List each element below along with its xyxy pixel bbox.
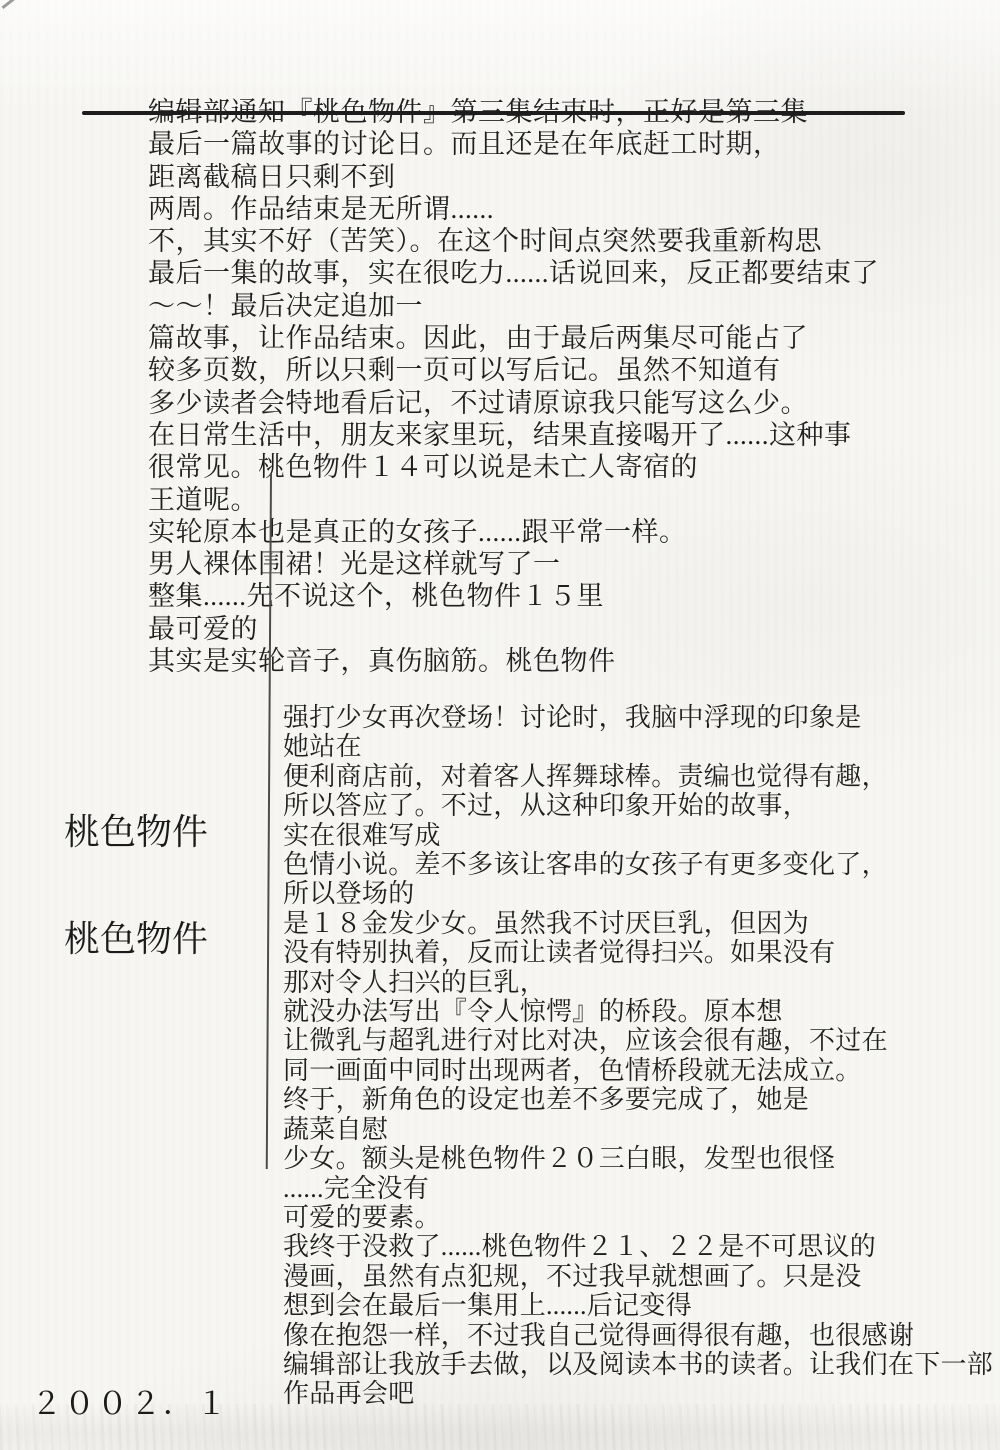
text-line: 那对令人扫兴的巨乳， (283, 968, 993, 997)
text-line: 可爱的要素。 (283, 1203, 993, 1232)
text-line: 在日常生活中，朋友来家里玩，结果直接喝开了......这种事 (148, 419, 879, 451)
text-line: 她站在 (283, 732, 993, 761)
text-line: 其实是实轮音子，真伤脑筋。桃色物件 (148, 645, 879, 677)
text-line: 实在很难写成 (283, 821, 993, 850)
afterword-text-block-2: 强打少女再次登场！讨论时，我脑中浮现的印象是 她站在 便利商店前，对着客人挥舞球… (283, 703, 993, 1409)
text-line: 较多页数，所以只剩一页可以写后记。虽然不知道有 (148, 354, 879, 386)
text-line: 同一画面中同时出现两者，色情桥段就无法成立。 (283, 1056, 993, 1085)
text-line: 蔬菜自慰 (283, 1115, 993, 1144)
text-line: 漫画，虽然有点犯规，不过我早就想画了。只是没 (283, 1262, 993, 1291)
text-line: 不，其实不好（苦笑）。在这个时间点突然要我重新构思 (148, 225, 879, 257)
text-line: 就没办法写出『令人惊愕』的桥段。原本想 (283, 997, 993, 1026)
afterword-text-block-1: 编辑部通知『桃色物件』第三集结束时，正好是第三集 最后一篇故事的讨论日。而且还是… (148, 96, 879, 677)
side-title-momoiro-bukken-1: 桃色物件 (64, 804, 208, 855)
text-line: 最后一篇故事的讨论日。而且还是在年底赶工时期， (148, 128, 879, 160)
text-line: 作品再会吧 (283, 1379, 993, 1408)
text-line: 想到会在最后一集用上......后记变得 (283, 1291, 993, 1320)
text-line: 实轮原本也是真正的女孩子......跟平常一样。 (148, 516, 879, 548)
date-label: ２００２．１ (31, 1378, 229, 1423)
text-line: 最后一集的故事，实在很吃力......话说回来，反正都要结束了 (148, 257, 879, 289)
text-line: 男人裸体围裙！光是这样就写了一 (148, 548, 879, 580)
scan-corner-artifact (2, 0, 15, 9)
text-line: 便利商店前，对着客人挥舞球棒。责编也觉得有趣， (283, 762, 993, 791)
scanned-afterword-page: 编辑部通知『桃色物件』第三集结束时，正好是第三集 最后一篇故事的讨论日。而且还是… (0, 0, 1000, 1450)
text-line: 色情小说。差不多该让客串的女孩子有更多变化了， (283, 850, 993, 879)
text-line: 很常见。桃色物件１４可以说是未亡人寄宿的 (148, 451, 879, 483)
text-line: 最可爱的 (148, 613, 879, 645)
text-line: ......完全没有 (283, 1174, 993, 1203)
text-line: 编辑部让我放手去做，以及阅读本书的读者。让我们在下一部 (283, 1350, 993, 1379)
text-line: 两周。作品结束是无所谓...... (148, 193, 879, 225)
text-line: 少女。额头是桃色物件２０三白眼，发型也很怪 (283, 1144, 993, 1173)
text-line: 强打少女再次登场！讨论时，我脑中浮现的印象是 (283, 703, 993, 732)
text-line: 让微乳与超乳进行对比对决，应该会很有趣，不过在 (283, 1026, 993, 1055)
text-line: ～～！最后决定追加一 (148, 290, 879, 322)
text-line: 所以答应了。不过，从这种印象开始的故事， (283, 791, 993, 820)
text-line: 篇故事，让作品结束。因此，由于最后两集尽可能占了 (148, 322, 879, 354)
text-line: 整集......先不说这个，桃色物件１５里 (148, 580, 879, 612)
text-line: 距离截稿日只剩不到 (148, 161, 879, 193)
text-line: 像在抱怨一样，不过我自己觉得画得很有趣，也很感谢 (283, 1321, 993, 1350)
text-line: 是１８金发少女。虽然我不讨厌巨乳，但因为 (283, 909, 993, 938)
text-line: 王道呢。 (148, 484, 879, 516)
text-line: 终于，新角色的设定也差不多要完成了，她是 (283, 1085, 993, 1114)
text-line: 多少读者会特地看后记，不过请原谅我只能写这么少。 (148, 387, 879, 419)
text-line: 没有特别执着，反而让读者觉得扫兴。如果没有 (283, 938, 993, 967)
side-title-momoiro-bukken-2: 桃色物件 (64, 911, 208, 962)
strikethrough-rule (82, 111, 905, 115)
text-line: 我终于没救了......桃色物件２１、２２是不可思议的 (283, 1232, 993, 1261)
text-line: 所以登场的 (283, 879, 993, 908)
